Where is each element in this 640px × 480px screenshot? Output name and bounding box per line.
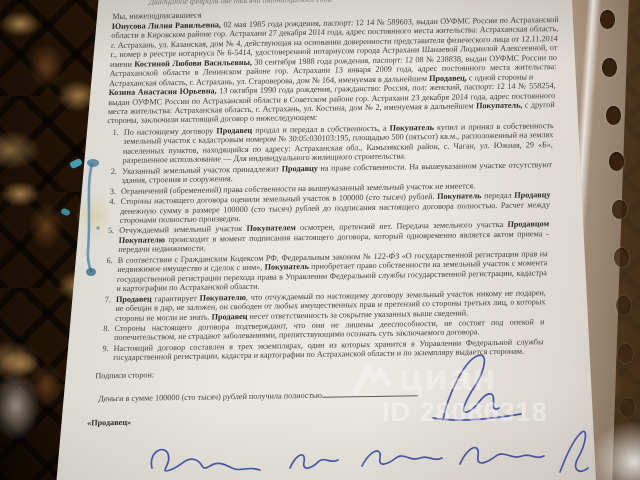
clause-list: По настоящему договору Продавец продал и… [96,121,554,363]
punch-hole [612,200,627,219]
seller-signature [142,438,272,480]
clause-item: В соответствии с Гражданским Кодексом РФ… [113,249,548,294]
punch-hole [618,344,633,363]
clause-item: По настоящему договору Продавец продал и… [119,121,554,166]
money-received-text: Деньги в сумме 100000 (сто тысяч) рублей… [98,391,322,404]
seller-label: «Продавец» [87,417,131,427]
party-seller-paragraph: Юнусова Лилия Равильевна, 02 мая 1985 го… [109,15,559,88]
signature-underline [322,387,418,398]
punch-hole [616,296,631,315]
punch-hole [600,10,615,29]
punch-hole [606,106,621,125]
punch-hole [602,58,617,77]
punch-hole [609,152,624,171]
party-buyer-paragraph: Козина Анастасия Юрьевна, 13 октября 199… [107,81,556,126]
handwritten-name [282,428,592,480]
receipt-signature [425,348,545,430]
punch-hole [620,398,635,417]
punch-hole [614,248,629,267]
photo-scene: Двадцатое февраля две тысячи пятнадцатог… [0,0,640,480]
